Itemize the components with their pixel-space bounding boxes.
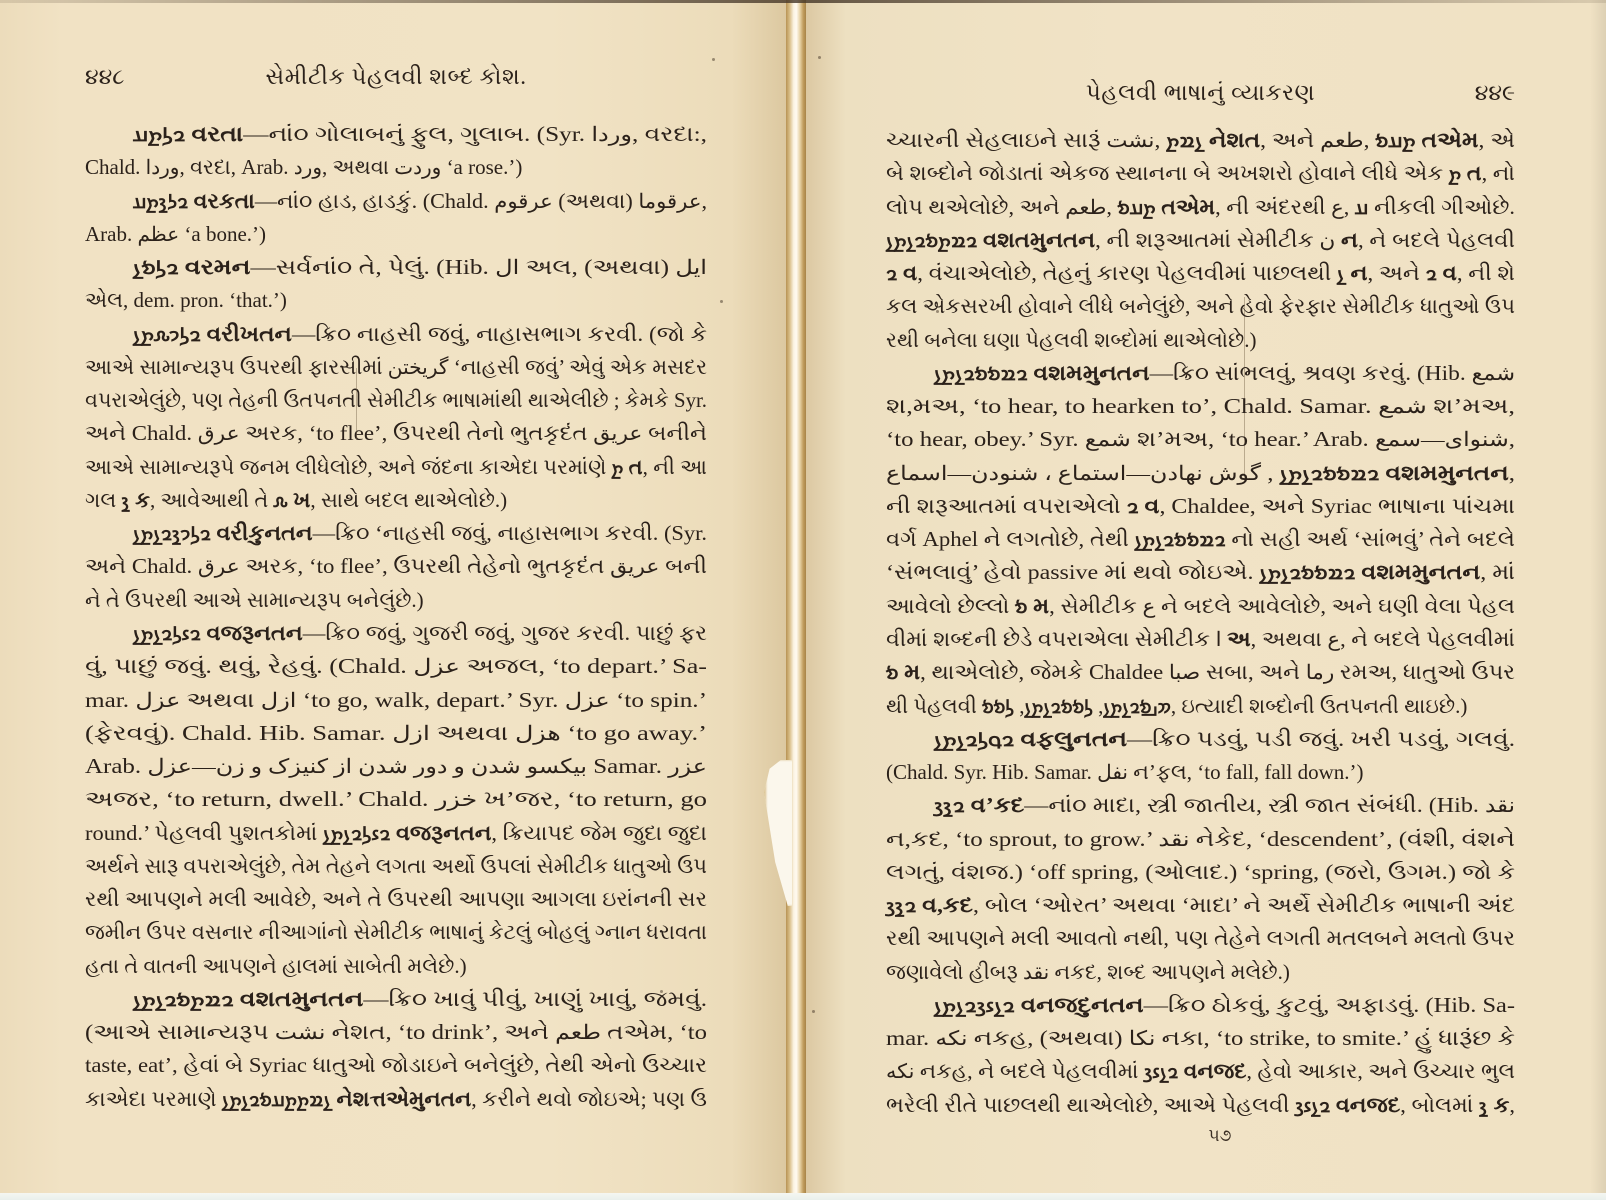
semitic-word: ع xyxy=(1143,596,1156,618)
headword: વ,કદ xyxy=(922,893,973,917)
text-run: આવેલો છેલ્લો xyxy=(886,594,1015,618)
text-line: આવેલો છેલ્લો 𐭬 મ, સેમીટીક ع ને બદલે આવેલ… xyxy=(886,590,1515,623)
headword: વજરૂનતન xyxy=(396,821,491,845)
dictionary-entry: 𐭥𐭦𐭫𐭥𐭭𐭲𐭭 વજરૂનતન—ક્રિ૦ જવું, ગુજરી જવું, … xyxy=(85,617,707,983)
semitic-word: ازل xyxy=(392,723,430,745)
text-line: ‘સંભલાવું’ હેવો passive માં થવો જોઇએ. 𐭥𐭱… xyxy=(886,556,1515,589)
text-line: રથી આપણને મલી આવતો નથી, પણ તેહેને લગતી મ… xyxy=(886,922,1515,955)
text-run: , xyxy=(1364,128,1376,152)
pahlavi-word: 𐭬 xyxy=(886,663,898,683)
pahlavi-word: 𐭪 xyxy=(121,491,129,511)
text-run: , xyxy=(1093,694,1104,718)
text-line: લગતું, વંશજ.) ‘off spring, (ઓલાદ.) ‘spri… xyxy=(886,856,1515,889)
text-run: ‘સંભલાવું’ હેવો passive માં થવો જોઇએ. xyxy=(886,560,1259,584)
pahlavi-word: 𐭥𐭫𐭩𐭪𐭥𐭭𐭲𐭭 xyxy=(133,524,211,544)
text-line: જમીન ઉપર વસનાર નીઆગાંનો સેમીટીક ભાષાનું … xyxy=(85,916,707,949)
semitic-word: ايل xyxy=(675,257,707,279)
text-line: 𐭬 મ, થાએલોછે, જેમકે Chaldee صبا સબા, અને… xyxy=(886,656,1515,689)
paper-crease xyxy=(356,368,357,440)
semitic-word: خزر xyxy=(435,789,477,811)
text-run: , xyxy=(1509,461,1515,485)
semitic-word: طعم xyxy=(555,1022,601,1044)
text-line: આએ સામાન્યરૂપ ઉપરથી ફારસીમાં گریختن ‘નાહ… xyxy=(85,351,707,384)
text-run: , અથવા xyxy=(322,155,394,179)
text-run: અરક, ‘to flee’, ઉપરથી તેનો ભુતકૃદંત xyxy=(240,421,594,445)
text-line: શ,મઅ, ‘to hear, to hearken to’, Chald. S… xyxy=(886,390,1515,423)
semitic-word: شمع xyxy=(1472,363,1515,385)
dictionary-entry: 𐭥𐭫𐭲𐭠 વરતા—નાં૦ ગોલાબનું ફુલ, ગુલાબ. (Syr… xyxy=(85,118,707,185)
text-run: બનીને xyxy=(642,421,707,445)
text-line: આએ સામાન્યરૂપે જનમ લીધેલોછે, અને જંદના ક… xyxy=(85,451,707,484)
pahlavi-word: 𐭥𐭭𐭦𐭣 xyxy=(1295,1096,1330,1116)
semitic-word: عزل xyxy=(135,690,180,712)
text-run: —ક્રિ૦ નાહસી જવું, નાહાસભાગ કરવી. (જો કે xyxy=(292,322,707,346)
text-run: (અથવા) xyxy=(553,189,639,213)
text-run: શ’મઅ, ‘to hear.’ Arab. xyxy=(1131,427,1375,451)
text-run: , વરદા:, xyxy=(632,122,707,146)
text-run: નો સહી અર્થ ‘સાંભવું’ તેને બદલે xyxy=(1226,527,1515,551)
pahlavi-word: 𐭥 xyxy=(886,264,897,284)
semitic-word: نكا xyxy=(1129,1028,1156,1050)
text-run: , xyxy=(1014,694,1025,718)
dictionary-entry: ચ્ચારની સેહલાઇને સારૂં نشت, 𐭭𐭱𐭲 નેશત, અન… xyxy=(886,124,1515,357)
text-line: ગલ 𐭪 ક, આવેઆથી તે 𐭧 ખ, સાથે બદલ થાએલોછે.… xyxy=(85,484,707,517)
text-run: , ક્રિયાપદ જેમ જુદા જુદા xyxy=(491,821,707,845)
text-run: , અને xyxy=(1260,128,1320,152)
text-line: Chald. وردا, વરદા, Arab. ورد, અથવા وردت … xyxy=(85,151,707,184)
headword: વનજદ xyxy=(1336,1093,1400,1117)
text-line: 𐭥𐭱𐭬𐭬𐭥𐭭𐭲𐭭 વશમમુનતન—ક્રિ૦ સાંભલવું, શ્રવણ … xyxy=(886,357,1515,390)
text-run: અર્થને સારૂ વપરાએલુંછે, તેમ તેહને લગતા અ… xyxy=(85,854,707,878)
headword: ન xyxy=(1350,261,1367,285)
pahlavi-word: 𐭲 xyxy=(1449,164,1461,184)
text-run: શ’મઅ, xyxy=(1427,394,1515,418)
text-line: 𐭥𐭪𐭣 વ,કદ, બોલ ‘ઓરત’ અથવા ‘માદા’ ને અર્થે… xyxy=(886,889,1515,922)
text-run: વીમાં શબ્દની છેડે વપરાએલા સેમીટીક xyxy=(886,627,1216,651)
text-run: , બોલમાં xyxy=(1400,1093,1479,1117)
text-run: ને તે ઉપરથી આએ સામાન્યરૂપ બનેલુંછે.) xyxy=(85,588,424,612)
pahlavi-word: 𐭥𐭫𐭬𐭭 xyxy=(133,258,179,278)
paper-speck xyxy=(712,58,715,61)
text-run: (Chald. Syr. Hib. Samar. xyxy=(886,760,1097,784)
text-run: જણાવેલો હીબરૂ xyxy=(886,960,1023,984)
text-line: બે શબ્દોને જોડાતાં એકજ સ્થાનના બે અખશરો … xyxy=(886,157,1515,190)
text-line: 𐭥𐭫𐭪𐭲𐭠 વરકતા—નાં૦ હાડ, હાડકું. (Chald. عر… xyxy=(85,185,707,218)
text-run: , બોલ ‘ઓરત’ અથવા ‘માદા’ ને અર્થે સેમીટીક… xyxy=(973,893,1515,917)
pahlavi-word: 𐭥𐭱𐭬𐭬𐭥𐭭𐭲𐭭 xyxy=(1280,464,1380,484)
text-line: 𐭥𐭫𐭩𐭪𐭥𐭭𐭲𐭭 વરીકુનતન—ક્રિ૦ ‘નાહસી જવું, નાહ… xyxy=(85,517,707,550)
running-title: પેહલવી ભાષાનું વ્યાકરણ xyxy=(886,78,1515,108)
pahlavi-word: 𐭥𐭦𐭫𐭥𐭭𐭲𐭭 xyxy=(133,624,201,644)
text-run: (આએ સામાન્યરૂપ xyxy=(85,1020,275,1044)
text-run: નકા, ‘to strike, to smite.’ હું ધારૂંછ ક… xyxy=(1155,1026,1515,1050)
text-line: Arab. عظم ‘a bone.’) xyxy=(85,218,707,251)
text-run: , ની શે xyxy=(1457,261,1515,285)
text-run: —ક્રિ૦ જવું, ગુજરી જવું, ગુજર કરવી. પાછુ… xyxy=(303,621,707,645)
text-line: વું, પાછું જવું. થવું, રેહવું. (Chald. ع… xyxy=(85,650,707,683)
text-run: અજર, ‘to return, dwell.’ Chald. xyxy=(85,787,435,811)
pahlavi-word: 𐭬 xyxy=(1015,597,1027,617)
text-line: 𐭥𐭦𐭫𐭥𐭭𐭲𐭭 વજરૂનતન—ક્રિ૦ જવું, ગુજરી જવું, … xyxy=(85,617,707,650)
text-run: ‘to hear, obey.’ Syr. xyxy=(886,427,1085,451)
semitic-word: عريق xyxy=(610,556,659,578)
headword: વરીકુનતન xyxy=(216,521,312,545)
text-run: ગલ xyxy=(85,488,121,512)
text-run: mar. xyxy=(85,688,135,712)
text-line: હતા તે વાતની આપણને હાલમાં સાબેતી મલેછે.) xyxy=(85,950,707,983)
pahlavi-word: 𐭥𐭭𐭦𐭣 xyxy=(1144,1062,1178,1082)
text-line: અજર, ‘to return, dwell.’ Chald. خزر ખ’જર… xyxy=(85,783,707,816)
text-line: mar. عزل અથવા ازل ‘to go, walk, depart.’… xyxy=(85,684,707,717)
text-line: mar. نكه નકહ, (અથવા) نكا નકા, ‘to strike… xyxy=(886,1022,1515,1055)
dictionary-entry: 𐭥𐭯𐭫𐭥𐭭𐭲𐭭 વફલુનતન—ક્રિ૦ પડવું, પડી જવું. ખ… xyxy=(886,723,1515,790)
text-line: કલ એકસરખી હોવાને લીધે બનેલુંછે, અને હેવો… xyxy=(886,290,1515,323)
paper-speck xyxy=(720,300,723,303)
text-line: અર્થને સારૂ વપરાએલુંછે, તેમ તેહને લગતા અ… xyxy=(85,850,707,883)
text-run: , xyxy=(701,189,707,213)
headword: વશમમુનતન xyxy=(1034,361,1150,385)
dictionary-entry: 𐭥𐭱𐭲𐭬𐭥𐭭𐭲𐭭 વશતમુનતન—ક્રિ૦ ખાવું પીવું, ખાણ… xyxy=(85,983,707,1116)
paper-speck xyxy=(660,990,663,993)
headword: વરકતા xyxy=(194,189,255,213)
semitic-word: ورد xyxy=(294,157,322,179)
headword: વરમન xyxy=(185,255,251,279)
text-run: —સર્વનાં૦ તે, પેલું. (Hib. xyxy=(250,255,495,279)
text-run: —નાં૦ માદા, સ્ત્રી જાતીય, સ્ત્રી જાત સંબ… xyxy=(1024,793,1485,817)
paper-speck xyxy=(818,56,821,59)
text-run: round.’ પેહલવી પુશતકોમાં xyxy=(85,821,323,845)
text-run: તએમ, ‘to xyxy=(601,1020,707,1044)
text-run: અને Chald. xyxy=(85,421,198,445)
semitic-word: شمع xyxy=(1085,429,1131,451)
semitic-word: عرق xyxy=(198,423,240,445)
semitic-word: وردا xyxy=(591,124,632,146)
pahlavi-word: 𐭫𐭬𐭬𐭥𐭭𐭲𐭭 xyxy=(1024,697,1092,717)
pahlavi-word: 𐭫𐭬𐭬 xyxy=(982,697,1014,717)
text-run: વર્ગ Aphel ને લગતોછે, તેથી xyxy=(886,527,1135,551)
text-line: ‘to hear, obey.’ Syr. شمع શ’મઅ, ‘to hear… xyxy=(886,423,1515,456)
headword: વશમમુનતન xyxy=(1361,560,1480,584)
semitic-word: نقد xyxy=(1485,795,1515,817)
text-line: વીમાં શબ્દની છેડે વપરાએલા સેમીટીક ا અ, અ… xyxy=(886,623,1515,656)
text-run: , અથવા xyxy=(1251,627,1328,651)
semitic-word: نشت xyxy=(1106,130,1154,152)
text-line: نكه નકહ, ને બદલે પેહલવીમાં 𐭥𐭭𐭦𐭣 વનજદ, હે… xyxy=(886,1055,1515,1088)
dictionary-entry: 𐭥𐭭𐭦𐭣𐭥𐭭𐭲𐭭 વનજદુનતન—ક્રિ૦ ઠોકવું, કુટવું, … xyxy=(886,989,1515,1122)
left-page: ૪૪૮ સેમીટીક પેહલવી શબ્દ કોશ. 𐭥𐭫𐭲𐭠 વરતા—ન… xyxy=(0,0,786,1193)
pahlavi-word: 𐭥𐭱𐭬𐭬𐭥𐭭𐭲𐭭 xyxy=(1135,530,1226,550)
pahlavi-word: 𐭥𐭪𐭣 xyxy=(934,796,965,816)
text-run: અથવા xyxy=(430,721,515,745)
pahlavi-word: 𐭥𐭱𐭬𐭬𐭥𐭭𐭲𐭭 xyxy=(934,364,1028,384)
semitic-word: نقد xyxy=(1158,829,1189,851)
text-run: બે શબ્દોને જોડાતાં એકજ સ્થાનના બે અખશરો … xyxy=(886,161,1449,185)
text-run: અજલ, ‘to depart.’ Sa- xyxy=(460,654,707,678)
semitic-word: شمع xyxy=(1378,396,1427,418)
text-run: , xyxy=(1509,427,1515,451)
pahlavi-word: 𐭮𐭡𐭬𐭥𐭭𐭲𐭭 xyxy=(1103,697,1171,717)
text-line: વપરાએલુંછે, પણ તેહની ઉતપનતી સેમીટીક ભાષા… xyxy=(85,384,707,417)
semitic-word: عرقوم xyxy=(494,191,552,213)
text-run: કાએદા પરમાણે xyxy=(85,1087,222,1111)
headword: ખ xyxy=(293,488,310,512)
text-run: , ની શરૂઆતમાં સેમીટીક xyxy=(1095,228,1319,252)
text-run: , Chaldee, અને Syriac ભાષાના પાંચમા xyxy=(1159,494,1515,518)
signature-mark: ૫૭ xyxy=(1190,1126,1250,1146)
text-run: રથી આપણને મલી આવેછે, અને તે ઉપરથી આપણા આ… xyxy=(85,887,707,911)
headword: નેશત xyxy=(1209,128,1260,152)
text-line: 𐭥𐭫𐭩𐭧𐭲𐭭 વરીખતન—ક્રિ૦ નાહસી જવું, નાહાસભાગ… xyxy=(85,318,707,351)
semitic-word: هزل xyxy=(515,723,561,745)
headword: મ xyxy=(904,660,920,684)
text-line: 𐭥𐭯𐭫𐭥𐭭𐭲𐭭 વફલુનતન—ક્રિ૦ પડવું, પડી જવું. ખ… xyxy=(886,723,1515,756)
text-line: રથી આપણને મલી આવેછે, અને તે ઉપરથી આપણા આ… xyxy=(85,883,707,916)
text-run: —ક્રિ૦ સાંભલવું, શ્રવણ કરવું. (Hib. xyxy=(1150,361,1472,385)
text-line: (Chald. Syr. Hib. Samar. نفل ન’ફલ, ‘to f… xyxy=(886,756,1515,789)
text-run: , એ xyxy=(1478,128,1515,152)
headword: વ xyxy=(1443,261,1457,285)
semitic-word: عزر xyxy=(668,756,707,778)
text-line: વર્ગ Aphel ને લગતોછે, તેથી 𐭥𐭱𐭬𐭬𐭥𐭭𐭲𐭭 નો સ… xyxy=(886,523,1515,556)
headword: તએમ xyxy=(1161,195,1215,219)
text-run: નકદ, શબ્દ આપણને મલેછે.) xyxy=(1049,960,1290,984)
text-line: 𐭥𐭭𐭦𐭣𐭥𐭭𐭲𐭭 વનજદુનતન—ક્રિ૦ ઠોકવું, કુટવું, … xyxy=(886,989,1515,1022)
pahlavi-word: 𐭥𐭱𐭲𐭬𐭥𐭭𐭲𐭭 xyxy=(886,231,977,251)
text-run: રથી આપણને મલી આવતો નથી, પણ તેહેને લગતી મ… xyxy=(886,926,1515,950)
pahlavi-word: 𐭥𐭱𐭲𐭬𐭥𐭭𐭲𐭭 xyxy=(133,990,234,1010)
text-run: સબા, અને xyxy=(1200,660,1305,684)
text-run: , વરદા, Arab. xyxy=(179,155,293,179)
pahlavi-word: 𐭲𐭠𐭬 xyxy=(1118,198,1156,218)
text-run: ‘a bone.’) xyxy=(179,222,266,246)
running-title: સેમીટીક પેહલવી શબ્દ કોશ. xyxy=(85,62,707,92)
page-number: ૪૪૯ xyxy=(1446,78,1515,108)
headword: વશમમુનતન xyxy=(1385,461,1508,485)
text-run: , xyxy=(1509,1093,1515,1117)
pahlavi-word: 𐭥 xyxy=(1127,497,1139,517)
text-run: શ,મઅ, ‘to hear, to hearken to’, Chald. S… xyxy=(886,394,1378,418)
text-run: ને બદલે આવેલોછે, અને ઘણી વેલા પેહલ xyxy=(1155,594,1515,618)
semitic-word: نقد xyxy=(1023,962,1049,984)
text-line: અને Chald. عرق અરક, ‘to flee’, ઉપરથી તેહ… xyxy=(85,550,707,583)
headword: મ xyxy=(1033,594,1049,618)
pahlavi-word: 𐭥𐭱𐭬𐭬𐭥𐭭𐭲𐭭 xyxy=(1259,563,1355,583)
text-run: , હેવો આકાર, અને ઉચ્ચાર ભુલ xyxy=(1247,1059,1515,1083)
headword: વફલુનતન xyxy=(1021,727,1128,751)
text-line: ને તે ઉપરથી આએ સામાન્યરૂપ બનેલુંછે.) xyxy=(85,584,707,617)
bottom-page-edge xyxy=(0,1193,1606,1200)
text-run: , xyxy=(1261,461,1280,485)
text-run: , સાથે બદલ થાએલોછે.) xyxy=(310,488,507,512)
semitic-word: وردت xyxy=(394,157,441,179)
text-run: Chald. xyxy=(85,155,146,179)
text-line: round.’ પેહલવી પુશતકોમાં 𐭥𐭦𐭫𐭥𐭭𐭲𐭭 વજરૂનતન… xyxy=(85,817,707,850)
semitic-word: گریختن xyxy=(388,357,449,379)
text-run: , માં xyxy=(1480,560,1515,584)
text-run: નીકલી ગીઓછે. xyxy=(1368,195,1515,219)
top-page-edge xyxy=(0,0,1606,3)
text-run: ‘to spin.’ xyxy=(610,688,707,712)
text-run: અને Chald. xyxy=(85,554,198,578)
text-run: ચ્ચારની સેહલાઇને સારૂં xyxy=(886,128,1106,152)
text-run: , આવેઆથી તે xyxy=(150,488,274,512)
text-line: 𐭥𐭱𐭲𐭬𐭥𐭭𐭲𐭭 વશતમુનતન, ની શરૂઆતમાં સેમીટીક ن… xyxy=(886,224,1515,257)
book-spine xyxy=(786,0,806,1196)
text-run: જમીન ઉપર વસનાર નીઆગાંનો સેમીટીક ભાષાનું … xyxy=(85,920,707,944)
semitic-word: طعم xyxy=(1320,130,1364,152)
pahlavi-word: 𐭧 xyxy=(274,491,288,511)
text-run: , થાએલોછે, જેમકે Chaldee xyxy=(920,660,1169,684)
headword: તએમ xyxy=(1421,128,1478,152)
text-run: , સેમીટીક xyxy=(1049,594,1142,618)
pahlavi-word: 𐭭 xyxy=(1337,264,1345,284)
text-line: ભરેલી રીતે પાછલથી થાએલોછે, આએ પેહલવી 𐭥𐭭𐭦… xyxy=(886,1089,1515,1122)
pahlavi-word: 𐭪 xyxy=(1479,1096,1488,1116)
headword: ક xyxy=(1494,1093,1510,1117)
text-run: —નાં૦ ગોલાબનું ફુલ, ગુલાબ. (Syr. xyxy=(243,122,591,146)
text-line: taste, eat’, હેવાં બે Syriac ધાતુઓ જોડાઇ… xyxy=(85,1049,707,1082)
semitic-word: وردا xyxy=(146,157,180,179)
headword: વશતમુનતન xyxy=(983,228,1095,252)
pahlavi-word: 𐭥𐭫𐭪𐭲𐭠 xyxy=(133,192,188,212)
text-run: થી પેહલવી xyxy=(886,694,982,718)
pahlavi-word: 𐭲𐭠𐭬 xyxy=(1375,131,1415,151)
semitic-word: ع xyxy=(1327,629,1340,651)
headword: વનજદુનતન xyxy=(1021,993,1144,1017)
text-run: ખ’જર, ‘to return, go xyxy=(477,787,707,811)
text-line: ની શરૂઆતમાં વપરાએલો 𐭥 વ, Chaldee, અને Sy… xyxy=(886,490,1515,523)
text-run: Samar. xyxy=(587,754,668,778)
semitic-word: رما xyxy=(1306,662,1335,684)
pahlavi-word: 𐭥𐭯𐭫𐭥𐭭𐭲𐭭 xyxy=(934,730,1014,750)
semitic-word: عرق xyxy=(198,556,240,578)
text-run: (ફેરવવું). Chald. Hib. Samar. xyxy=(85,721,392,745)
pahlavi-word: 𐭥𐭪𐭣 xyxy=(886,896,916,916)
text-line: કાએદા પરમાણે 𐭭𐭱𐭲𐭲𐭠𐭬𐭥𐭭𐭲𐭭 નેશત્તએમુનતન, કર… xyxy=(85,1083,707,1116)
text-run: આએ સામાન્યરૂપે જનમ લીધેલોછે, અને જંદના ક… xyxy=(85,455,612,479)
pahlavi-word: 𐭭𐭱𐭲 xyxy=(1166,131,1203,151)
text-run: , નો xyxy=(1482,161,1515,185)
semitic-word: صبا xyxy=(1169,662,1200,684)
text-line: જણાવેલો હીબરૂ نقد નકદ, શબ્દ આપણને મલેછે.… xyxy=(886,956,1515,989)
pahlavi-word: 𐭥𐭦𐭫𐭥𐭭𐭲𐭭 xyxy=(323,824,390,844)
text-line: گوش نهادن—استماع ، شنودن—اسماع , 𐭥𐭱𐭬𐭬𐭥𐭭𐭲… xyxy=(886,457,1515,490)
text-line: 𐭥𐭫𐭲𐭠 વરતા—નાં૦ ગોલાબનું ફુલ, ગુલાબ. (Syr… xyxy=(85,118,707,151)
text-run: અરક, ‘to flee’, ઉપરથી તેહેનો ભુતકૃદંત xyxy=(240,554,610,578)
text-run: —ક્રિ૦ ઠોકવું, કુટવું, અફાડવું. (Hib. Sa… xyxy=(1144,993,1515,1017)
text-line: 𐭥𐭪𐭣 વ’કદ—નાં૦ માદા, સ્ત્રી જાતીય, સ્ત્રી… xyxy=(886,789,1515,822)
text-run: નકહ, ને બદલે પેહલવીમાં xyxy=(914,1059,1144,1083)
headword: વ’કદ xyxy=(971,793,1025,817)
text-run: આએ સામાન્યરૂપ ઉપરથી ફારસીમાં xyxy=(85,355,388,379)
semitic-word: عزل xyxy=(413,656,460,678)
headword: ન xyxy=(1341,228,1358,252)
text-run: taste, eat’, હેવાં બે Syriac ધાતુઓ જોડાઇ… xyxy=(85,1053,707,1077)
text-run: , ની આ xyxy=(643,455,707,479)
text-run: , કરીને થવો જોઇએ; પણ ઉ xyxy=(471,1087,707,1111)
text-line: ચ્ચારની સેહલાઇને સારૂં نشت, 𐭭𐭱𐭲 નેશત, અન… xyxy=(886,124,1515,157)
text-run: રથી બનેલા ઘણા પેહલવી શબ્દોમાં થાએલોછે.) xyxy=(886,328,1256,352)
headword: વ xyxy=(1145,494,1160,518)
text-run: અલ, (અથવા) xyxy=(519,255,675,279)
semitic-word: ن xyxy=(1319,230,1335,252)
text-line: લોપ થએલોછે, અને طعم, 𐭲𐭠𐭬 તએમ, ની અંદરથી … xyxy=(886,191,1515,224)
text-line: અને Chald. عرق અરક, ‘to flee’, ઉપરથી તેન… xyxy=(85,417,707,450)
text-run: , ને બદલે પેહલવી xyxy=(1358,228,1515,252)
text-run: Arab. xyxy=(85,222,137,246)
text-run: —ક્રિ૦ ‘નાહસી જવું, નાહાસભાગ કરવી. (Syr. xyxy=(313,521,707,545)
pahlavi-word: 𐭥𐭭𐭦𐭣𐭥𐭭𐭲𐭭 xyxy=(934,996,1015,1016)
headword: વરીખતન xyxy=(207,322,292,346)
text-run: —ક્રિ૦ પડવું, પડી જવું. ખરી પડવું, ગલવું… xyxy=(1127,727,1515,751)
text-run: , xyxy=(1344,195,1355,219)
text-line: 𐭥 વ, વંચાએલોછે, તેહનું કારણ પેહલવીમાં પા… xyxy=(886,257,1515,290)
pahlavi-word: 𐭥 xyxy=(1426,264,1437,284)
text-run: એલ, dem. pron. ‘that.’) xyxy=(85,288,287,312)
text-run: , ઇત્યાદી શબ્દોની ઉતપનતી થાઇછે.) xyxy=(1171,694,1468,718)
text-run: નકહ, (અથવા) xyxy=(968,1026,1129,1050)
text-column: 𐭥𐭫𐭲𐭠 વરતા—નાં૦ ગોલાબનું ફુલ, ગુલાબ. (Syr… xyxy=(85,118,707,1116)
semitic-word: عزل xyxy=(565,690,610,712)
text-run: રમઅ, ધાતુઓ ઉપર xyxy=(1334,660,1515,684)
semitic-word: عريق xyxy=(593,423,642,445)
semitic-word: عظم xyxy=(137,224,179,246)
headword: વ xyxy=(903,261,917,285)
pahlavi-word: 𐭥𐭫𐭩𐭧𐭲𐭭 xyxy=(133,325,201,345)
headword: વજરૂનતન xyxy=(206,621,302,645)
semitic-word: نفل xyxy=(1097,762,1128,784)
semitic-word: طعم xyxy=(1065,197,1106,219)
text-line: Arab. بیکسو شدن و دور شدن از کنیزک و زن—… xyxy=(85,750,707,783)
pahlavi-word: 𐭲 xyxy=(612,458,624,478)
semitic-word: نكه xyxy=(935,1028,967,1050)
text-run: ‘to go away.’ xyxy=(561,721,707,745)
semitic-word: ا xyxy=(1216,629,1222,651)
text-run: , અને xyxy=(1367,261,1425,285)
dictionary-entry: 𐭥𐭫𐭩𐭪𐭥𐭭𐭲𐭭 વરીકુનતન—ક્રિ૦ ‘નાહસી જવું, નાહ… xyxy=(85,517,707,617)
semitic-word: نكه xyxy=(886,1061,914,1083)
headword: ત xyxy=(629,455,643,479)
text-run: બની xyxy=(659,554,707,578)
text-line: રથી બનેલા ઘણા પેહલવી શબ્દોમાં થાએલોછે.) xyxy=(886,324,1515,357)
headword: ત xyxy=(1467,161,1482,185)
text-line: (આએ સામાન્યરૂપ نشت નેશત, ‘to drink’, અને… xyxy=(85,1016,707,1049)
text-run: ‘to go, walk, depart.’ Syr. xyxy=(296,688,564,712)
pahlavi-word: 𐭭𐭱𐭲𐭲𐭠𐭬𐭥𐭭𐭲𐭭 xyxy=(222,1090,331,1110)
text-run: કલ એકસરખી હોવાને લીધે બનેલુંછે, અને હેવો… xyxy=(886,294,1515,318)
dictionary-entry: 𐭥𐭫𐭪𐭲𐭠 વરકતા—નાં૦ હાડ, હાડકું. (Chald. عر… xyxy=(85,185,707,252)
semitic-word: ازل xyxy=(261,690,297,712)
text-run: , xyxy=(1106,195,1117,219)
text-run: લગતું, વંશજ.) ‘off spring, (ઓલાદ.) ‘spri… xyxy=(886,860,1515,884)
dictionary-entry: 𐭥𐭱𐭬𐭬𐭥𐭭𐭲𐭭 વશમમુનતન—ક્રિ૦ સાંભલવું, શ્રવણ … xyxy=(886,357,1515,723)
pahlavi-word: 𐭠 xyxy=(1355,198,1368,218)
text-run: વપરાએલુંછે, પણ તેહની ઉતપનતી સેમીટીક ભાષા… xyxy=(85,388,707,412)
text-line: થી પેહલવી 𐭮𐭡𐭬𐭥𐭭𐭲𐭭, 𐭫𐭬𐭬𐭥𐭭𐭲𐭭, 𐭫𐭬𐭬, ઇત્યાદી… xyxy=(886,690,1515,723)
text-run: નેશત, ‘to drink’, અને xyxy=(325,1020,555,1044)
text-run: Arab. xyxy=(85,754,147,778)
text-run: વું, પાછું જવું. થવું, રેહવું. (Chald. xyxy=(85,654,413,678)
text-run: ભરેલી રીતે પાછલથી થાએલોછે, આએ પેહલવી xyxy=(886,1093,1295,1117)
semitic-word: شنوای—سمع xyxy=(1375,429,1509,451)
headword: અ xyxy=(1227,627,1251,651)
text-line: (ફેરવવું). Chald. Hib. Samar. ازل અથવા ه… xyxy=(85,717,707,750)
dictionary-entry: 𐭥𐭪𐭣 વ’કદ—નાં૦ માદા, સ્ત્રી જાતીય, સ્ત્રી… xyxy=(886,789,1515,989)
text-line: ન,કદ, ‘to sprout, to grow.’ نقد નેકેદ, ‘… xyxy=(886,823,1515,856)
text-run: લોપ થએલોછે, અને xyxy=(886,195,1065,219)
semitic-word: بیکسو شدن و دور شدن از کنیزک و زن—عزل xyxy=(147,756,587,778)
text-run: , ની અંદરથી xyxy=(1215,195,1331,219)
